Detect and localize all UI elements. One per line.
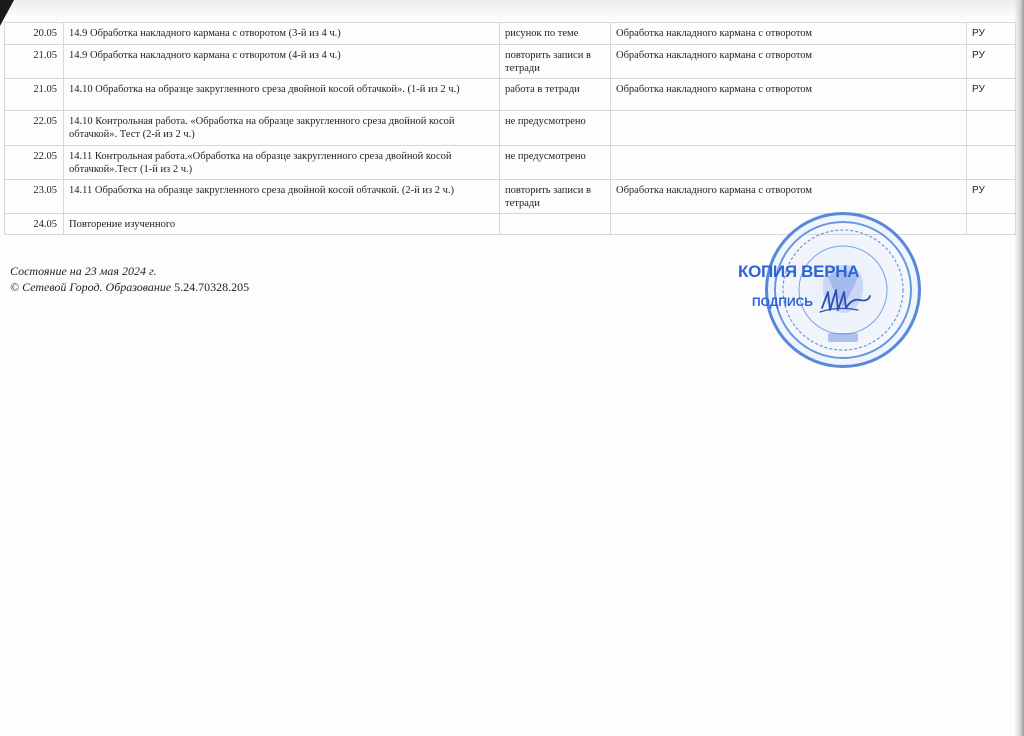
material-cell: Обработка накладного кармана с отворотом bbox=[611, 179, 967, 213]
homework-cell: повторить записи в тетради bbox=[500, 179, 611, 213]
topic-cell: 14.9 Обработка накладного кармана с отво… bbox=[64, 45, 500, 79]
table-row: 23.05 14.11 Обработка на образце закругл… bbox=[5, 179, 1016, 213]
material-cell: Обработка накладного кармана с отворотом bbox=[611, 79, 967, 111]
mark-cell: РУ bbox=[967, 179, 1016, 213]
homework-cell: рисунок по теме bbox=[500, 23, 611, 45]
table-row: 21.05 14.9 Обработка накладного кармана … bbox=[5, 45, 1016, 79]
material-cell: Обработка накладного кармана с отворотом bbox=[611, 23, 967, 45]
mark-cell: РУ bbox=[967, 45, 1016, 79]
homework-cell: работа в тетради bbox=[500, 79, 611, 111]
topic-cell: 14.10 Обработка на образце закругленного… bbox=[64, 79, 500, 111]
mark-value: РУ bbox=[972, 84, 985, 95]
topic-cell: 14.11 Контрольная работа.«Обработка на о… bbox=[64, 145, 500, 179]
table-row: 22.05 14.10 Контрольная работа. «Обработ… bbox=[5, 111, 1016, 145]
signature-icon bbox=[818, 284, 874, 318]
scan-shadow bbox=[0, 0, 1024, 18]
topic-cell: Повторение изученного bbox=[64, 214, 500, 235]
mark-cell: РУ bbox=[967, 23, 1016, 45]
mark-cell bbox=[967, 111, 1016, 145]
status-date-line: Состояние на 23 мая 2024 г. bbox=[10, 263, 249, 279]
copyright-text: © Сетевой Город. Образование bbox=[10, 280, 171, 294]
date-cell: 22.05 bbox=[5, 145, 64, 179]
version-number: 5.24.70328.205 bbox=[174, 280, 249, 294]
copy-certified-label: КОПИЯ ВЕРНА bbox=[738, 262, 859, 282]
lesson-schedule-table: 20.05 14.9 Обработка накладного кармана … bbox=[4, 22, 1016, 235]
scanned-page: 20.05 14.9 Обработка накладного кармана … bbox=[0, 0, 1024, 736]
table-row: 21.05 14.10 Обработка на образце закругл… bbox=[5, 79, 1016, 111]
homework-cell bbox=[500, 214, 611, 235]
date-cell: 21.05 bbox=[5, 79, 64, 111]
material-cell bbox=[611, 111, 967, 145]
document-footer: Состояние на 23 мая 2024 г. © Сетевой Го… bbox=[10, 263, 249, 295]
date-cell: 20.05 bbox=[5, 23, 64, 45]
table-row: 22.05 14.11 Контрольная работа.«Обработк… bbox=[5, 145, 1016, 179]
table-row: 20.05 14.9 Обработка накладного кармана … bbox=[5, 23, 1016, 45]
date-cell: 21.05 bbox=[5, 45, 64, 79]
mark-cell bbox=[967, 145, 1016, 179]
date-cell: 22.05 bbox=[5, 111, 64, 145]
topic-cell: 14.10 Контрольная работа. «Обработка на … bbox=[64, 111, 500, 145]
topic-cell: 14.11 Обработка на образце закругленного… bbox=[64, 179, 500, 213]
mark-value: РУ bbox=[972, 28, 985, 39]
material-cell bbox=[611, 145, 967, 179]
copyright-line: © Сетевой Город. Образование 5.24.70328.… bbox=[10, 279, 249, 295]
date-cell: 24.05 bbox=[5, 214, 64, 235]
signature-label: ПОДПИСЬ bbox=[752, 295, 813, 309]
material-cell: Обработка накладного кармана с отворотом bbox=[611, 45, 967, 79]
mark-cell: РУ bbox=[967, 79, 1016, 111]
mark-value: РУ bbox=[972, 50, 985, 61]
date-cell: 23.05 bbox=[5, 179, 64, 213]
mark-value: РУ bbox=[972, 185, 985, 196]
homework-cell: не предусмотрено bbox=[500, 145, 611, 179]
topic-cell: 14.9 Обработка накладного кармана с отво… bbox=[64, 23, 500, 45]
homework-cell: повторить записи в тетради bbox=[500, 45, 611, 79]
mark-cell bbox=[967, 214, 1016, 235]
homework-cell: не предусмотрено bbox=[500, 111, 611, 145]
